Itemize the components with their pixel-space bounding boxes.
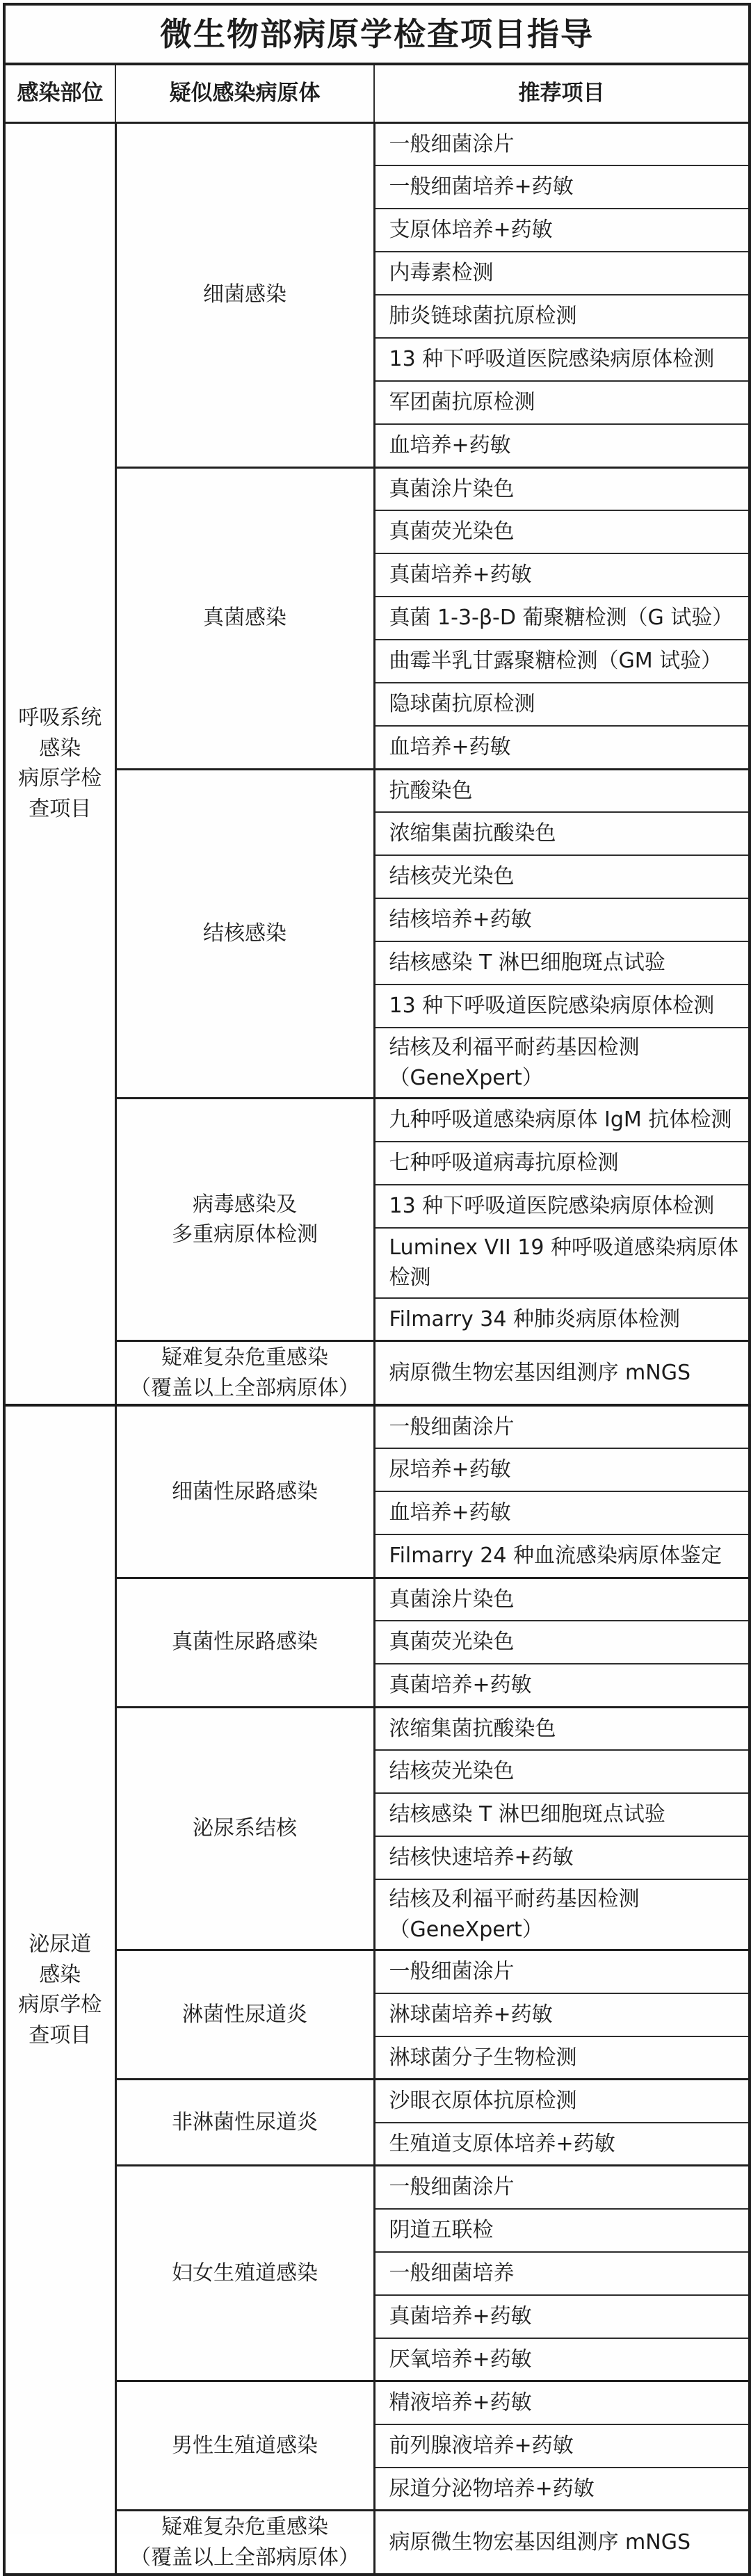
- recommended-item-cell: 肺炎链球菌抗原检测: [374, 295, 750, 338]
- recommended-item-cell: 浓缩集菌抗酸染色: [374, 812, 750, 855]
- table-row: 淋菌性尿道炎一般细菌涂片: [4, 1950, 750, 1993]
- recommended-item-cell: Filmarry 24 种血流感染病原体鉴定: [374, 1534, 750, 1578]
- recommended-item-cell: 一般细菌涂片: [374, 2166, 750, 2209]
- recommended-item-cell: Filmarry 34 种肺炎病原体检测: [374, 1298, 750, 1341]
- column-header-recommended-items: 推荐项目: [374, 64, 750, 122]
- table-row: 真菌感染真菌涂片染色: [4, 467, 750, 510]
- table-row: 非淋菌性尿道炎沙眼衣原体抗原检测: [4, 2080, 750, 2123]
- recommended-item-cell: 结核荧光染色: [374, 855, 750, 898]
- recommended-item-cell: 血培养+药敏: [374, 1491, 750, 1534]
- recommended-item-cell: 淋球菌培养+药敏: [374, 1993, 750, 2036]
- suspected-pathogen-cell: 结核感染: [115, 769, 374, 1099]
- suspected-pathogen-cell: 淋菌性尿道炎: [115, 1950, 374, 2080]
- column-header-suspected-pathogen: 疑似感染病原体: [115, 64, 374, 122]
- suspected-pathogen-cell: 非淋菌性尿道炎: [115, 2080, 374, 2166]
- table-row: 结核感染抗酸染色: [4, 769, 750, 812]
- recommended-item-cell: 结核及利福平耐药基因检测（GeneXpert）: [374, 1879, 750, 1950]
- recommended-item-cell: 真菌涂片染色: [374, 467, 750, 510]
- suspected-pathogen-cell: 病毒感染及 多重病原体检测: [115, 1099, 374, 1341]
- recommended-item-cell: 前列腺液培养+药敏: [374, 2424, 750, 2468]
- recommended-item-cell: 沙眼衣原体抗原检测: [374, 2080, 750, 2123]
- recommended-item-cell: 13 种下呼吸道医院感染病原体检测: [374, 985, 750, 1028]
- recommended-item-cell: 内毒素检测: [374, 252, 750, 295]
- recommended-item-cell: 淋球菌分子生物检测: [374, 2036, 750, 2080]
- recommended-item-cell: 病原微生物宏基因组测序 mNGS: [374, 1341, 750, 1406]
- recommended-item-cell: 隐球菌抗原检测: [374, 683, 750, 726]
- table-row: 男性生殖道感染精液培养+药敏: [4, 2381, 750, 2424]
- recommended-item-cell: 结核培养+药敏: [374, 898, 750, 941]
- recommended-item-cell: 真菌荧光染色: [374, 1621, 750, 1664]
- recommended-item-cell: 真菌培养+药敏: [374, 553, 750, 597]
- recommended-item-cell: Luminex VII 19 种呼吸道感染病原体检测: [374, 1228, 750, 1298]
- suspected-pathogen-cell: 真菌性尿路感染: [115, 1578, 374, 1707]
- recommended-item-cell: 一般细菌培养: [374, 2252, 750, 2295]
- recommended-item-cell: 精液培养+药敏: [374, 2381, 750, 2424]
- recommended-item-cell: 一般细菌涂片: [374, 1950, 750, 1993]
- suspected-pathogen-cell: 真菌感染: [115, 467, 374, 769]
- recommended-item-cell: 一般细菌培养+药敏: [374, 165, 750, 209]
- recommended-item-cell: 结核及利福平耐药基因检测（GeneXpert）: [374, 1028, 750, 1099]
- recommended-item-cell: 真菌培养+药敏: [374, 2295, 750, 2338]
- header-row: 感染部位 疑似感染病原体 推荐项目: [4, 64, 750, 122]
- page-title: 微生物部病原学检查项目指导: [4, 4, 750, 64]
- recommended-item-cell: 病原微生物宏基因组测序 mNGS: [374, 2511, 750, 2575]
- recommended-item-cell: 血培养+药敏: [374, 424, 750, 467]
- table-row: 病毒感染及 多重病原体检测九种呼吸道感染病原体 IgM 抗体检测: [4, 1099, 750, 1142]
- infection-site-cell: 呼吸系统 感染 病原学检 查项目: [4, 122, 115, 1405]
- recommended-item-cell: 阴道五联检: [374, 2209, 750, 2252]
- table-row: 疑难复杂危重感染 （覆盖以上全部病原体）病原微生物宏基因组测序 mNGS: [4, 2511, 750, 2575]
- table-row: 泌尿系结核浓缩集菌抗酸染色: [4, 1707, 750, 1750]
- recommended-item-cell: 支原体培养+药敏: [374, 209, 750, 252]
- table-row: 呼吸系统 感染 病原学检 查项目细菌感染一般细菌涂片: [4, 122, 750, 165]
- recommended-item-cell: 结核感染 T 淋巴细胞斑点试验: [374, 1793, 750, 1836]
- recommended-item-cell: 尿培养+药敏: [374, 1448, 750, 1491]
- suspected-pathogen-cell: 疑难复杂危重感染 （覆盖以上全部病原体）: [115, 2511, 374, 2575]
- suspected-pathogen-cell: 男性生殖道感染: [115, 2381, 374, 2511]
- table-row: 泌尿道 感染 病原学检 查项目细菌性尿路感染一般细菌涂片: [4, 1405, 750, 1448]
- table-row: 真菌性尿路感染真菌涂片染色: [4, 1578, 750, 1621]
- recommended-item-cell: 一般细菌涂片: [374, 122, 750, 165]
- recommended-item-cell: 真菌 1-3-β-D 葡聚糖检测（G 试验）: [374, 597, 750, 640]
- recommended-item-cell: 九种呼吸道感染病原体 IgM 抗体检测: [374, 1099, 750, 1142]
- suspected-pathogen-cell: 妇女生殖道感染: [115, 2166, 374, 2381]
- recommended-item-cell: 结核荧光染色: [374, 1750, 750, 1793]
- recommended-item-cell: 结核快速培养+药敏: [374, 1836, 750, 1879]
- recommended-item-cell: 真菌涂片染色: [374, 1578, 750, 1621]
- recommended-item-cell: 真菌荧光染色: [374, 510, 750, 553]
- suspected-pathogen-cell: 疑难复杂危重感染 （覆盖以上全部病原体）: [115, 1341, 374, 1406]
- recommended-item-cell: 抗酸染色: [374, 769, 750, 812]
- recommended-item-cell: 生殖道支原体培养+药敏: [374, 2123, 750, 2166]
- table-body: 呼吸系统 感染 病原学检 查项目细菌感染一般细菌涂片一般细菌培养+药敏支原体培养…: [4, 122, 750, 2575]
- column-header-infection-site: 感染部位: [4, 64, 115, 122]
- recommended-item-cell: 一般细菌涂片: [374, 1405, 750, 1448]
- recommended-item-cell: 曲霉半乳甘露聚糖检测（GM 试验）: [374, 640, 750, 683]
- pathogen-exam-guide-table: 微生物部病原学检查项目指导 感染部位 疑似感染病原体 推荐项目 呼吸系统 感染 …: [3, 3, 751, 2576]
- scanned-guide-page: 微生物部病原学检查项目指导 感染部位 疑似感染病原体 推荐项目 呼吸系统 感染 …: [0, 0, 751, 2534]
- table-row: 妇女生殖道感染一般细菌涂片: [4, 2166, 750, 2209]
- suspected-pathogen-cell: 细菌感染: [115, 122, 374, 467]
- suspected-pathogen-cell: 泌尿系结核: [115, 1707, 374, 1950]
- recommended-item-cell: 血培养+药敏: [374, 726, 750, 769]
- recommended-item-cell: 13 种下呼吸道医院感染病原体检测: [374, 1185, 750, 1228]
- recommended-item-cell: 七种呼吸道病毒抗原检测: [374, 1142, 750, 1185]
- recommended-item-cell: 13 种下呼吸道医院感染病原体检测: [374, 338, 750, 381]
- recommended-item-cell: 真菌培养+药敏: [374, 1664, 750, 1707]
- recommended-item-cell: 尿道分泌物培养+药敏: [374, 2468, 750, 2511]
- recommended-item-cell: 结核感染 T 淋巴细胞斑点试验: [374, 941, 750, 985]
- recommended-item-cell: 军团菌抗原检测: [374, 381, 750, 424]
- recommended-item-cell: 浓缩集菌抗酸染色: [374, 1707, 750, 1750]
- table-row: 疑难复杂危重感染 （覆盖以上全部病原体）病原微生物宏基因组测序 mNGS: [4, 1341, 750, 1406]
- recommended-item-cell: 厌氧培养+药敏: [374, 2338, 750, 2381]
- infection-site-cell: 泌尿道 感染 病原学检 查项目: [4, 1405, 115, 2575]
- title-row: 微生物部病原学检查项目指导: [4, 4, 750, 64]
- suspected-pathogen-cell: 细菌性尿路感染: [115, 1405, 374, 1578]
